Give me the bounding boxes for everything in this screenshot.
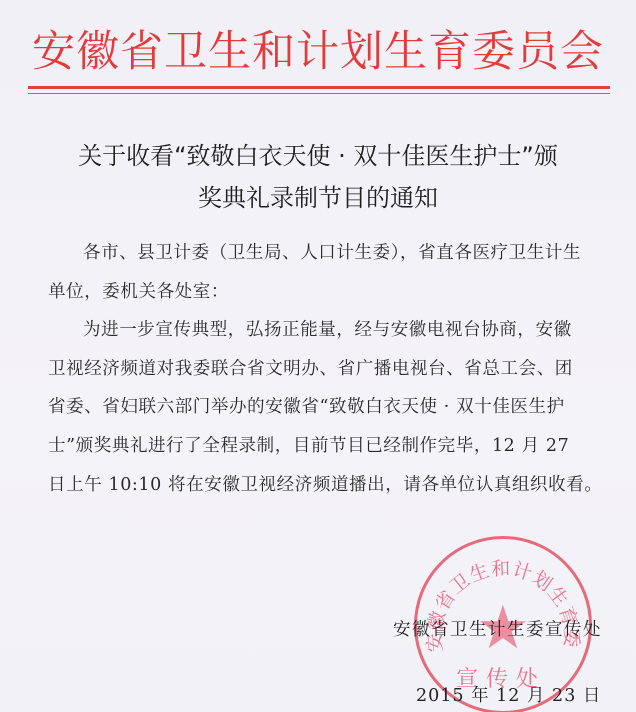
body-paragraph-line-4: 士”颁奖典礼进行了全程录制，目前节目已经制作完毕，12 月 27 [48, 432, 569, 457]
letterhead-divider-thick [28, 86, 610, 89]
body-paragraph-line-2: 卫视经济频道对我委联合省文明办、省广播电视台、省总工会、团 [48, 355, 573, 380]
body-salutation-line-2: 单位，委机关各处室： [48, 278, 229, 303]
letterhead-divider-thin [28, 93, 610, 94]
issue-date: 2015 年 12 月 23 日 [416, 682, 601, 707]
issuer-signature: 安徽省卫生计生委宣传处 [393, 616, 602, 641]
letterhead-org-name: 安徽省卫生和计划生育委员会 [0, 24, 636, 80]
notice-title-line-1: 关于收看“致敬白衣天使 · 双十佳医生护士”颁 [0, 136, 636, 171]
document-page: 安徽省卫生和计划生育委员会 关于收看“致敬白衣天使 · 双十佳医生护士”颁 奖典… [0, 0, 636, 712]
body-salutation-line-1: 各市、县卫计委（卫生局、人口计生委），省直各医疗卫生计生 [83, 239, 581, 264]
notice-title-line-2: 奖典礼录制节目的通知 [0, 178, 636, 213]
body-paragraph-line-5: 日上午 10:10 将在安徽卫视经济频道播出，请各单位认真组织收看。 [48, 471, 602, 496]
body-paragraph-line-1: 为进一步宣传典型，弘扬正能量，经与安徽电视台协商，安徽 [83, 316, 572, 341]
body-paragraph-line-3: 省委、省妇联六部门举办的安徽省“致敬白衣天使 · 双十佳医生护 [48, 393, 565, 418]
